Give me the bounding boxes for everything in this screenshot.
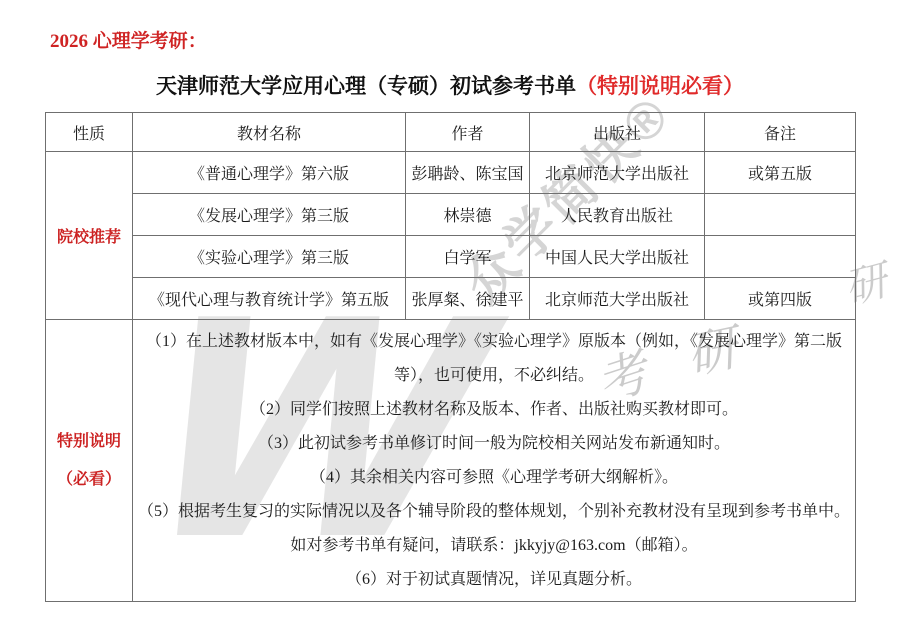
book-author: 张厚粲、徐建平: [406, 278, 530, 320]
book-publisher: 北京师范大学出版社: [530, 278, 705, 320]
note-item-1: （1）在上述教材版本中，如有《发展心理学》《实验心理学》原版本（例如，《发展心理…: [137, 325, 851, 393]
col-header-textbook: 教材名称: [133, 113, 406, 152]
table-row: 《现代心理与教育统计学》第五版 张厚粲、徐建平 北京师范大学出版社 或第四版: [46, 278, 856, 320]
book-remark: 或第四版: [705, 278, 856, 320]
book-name: 《普通心理学》第六版: [133, 152, 406, 194]
table-header-row: 性质 教材名称 作者 出版社 备注: [46, 113, 856, 152]
table-row: 院校推荐 《普通心理学》第六版 彭聃龄、陈宝国 北京师范大学出版社 或第五版: [46, 152, 856, 194]
document-page: W 众学简快® 考 研 研 2026 心理学考研： 天津师范大学应用心理（专硕）…: [0, 0, 900, 637]
book-publisher: 中国人民大学出版社: [530, 236, 705, 278]
book-author: 彭聃龄、陈宝国: [406, 152, 530, 194]
special-notes-label-line2: （必看）: [50, 461, 128, 499]
book-publisher: 人民教育出版社: [530, 194, 705, 236]
page-title-note: （特别说明必看）: [576, 75, 744, 98]
col-header-publisher: 出版社: [530, 113, 705, 152]
book-remark: [705, 236, 856, 278]
book-remark: [705, 194, 856, 236]
book-publisher: 北京师范大学出版社: [530, 152, 705, 194]
page-title-main: 天津师范大学应用心理（专硕）初试参考书单: [156, 75, 576, 98]
table-row: 《发展心理学》第三版 林崇德 人民教育出版社: [46, 194, 856, 236]
book-author: 白学军: [406, 236, 530, 278]
note-item-5: （5）根据考生复习的实际情况以及各个辅导阶段的整体规划，个别补充教材没有呈现到参…: [137, 495, 851, 563]
note-item-2: （2）同学们按照上述教材名称及版本、作者、出版社购买教材即可。: [137, 393, 851, 427]
group-label-recommended: 院校推荐: [46, 152, 133, 320]
book-remark: 或第五版: [705, 152, 856, 194]
booklist-table: 性质 教材名称 作者 出版社 备注 院校推荐 《普通心理学》第六版 彭聃龄、陈宝…: [45, 112, 856, 602]
book-name: 《现代心理与教育统计学》第五版: [133, 278, 406, 320]
book-name: 《实验心理学》第三版: [133, 236, 406, 278]
col-header-author: 作者: [406, 113, 530, 152]
note-item-3: （3）此初试参考书单修订时间一般为院校相关网站发布新通知时。: [137, 427, 851, 461]
col-header-nature: 性质: [46, 113, 133, 152]
special-notes-cell: （1）在上述教材版本中，如有《发展心理学》《实验心理学》原版本（例如，《发展心理…: [133, 320, 856, 602]
special-notes-row: 特别说明 （必看） （1）在上述教材版本中，如有《发展心理学》《实验心理学》原版…: [46, 320, 856, 602]
note-item-4: （4）其余相关内容可参照《心理学考研大纲解析》。: [137, 461, 851, 495]
book-name: 《发展心理学》第三版: [133, 194, 406, 236]
note-item-6: （6）对于初试真题情况，详见真题分析。: [137, 563, 851, 597]
document-topline: 2026 心理学考研：: [50, 26, 207, 53]
table-row: 《实验心理学》第三版 白学军 中国人民大学出版社: [46, 236, 856, 278]
special-notes-label-line1: 特别说明: [50, 423, 128, 461]
book-author: 林崇德: [406, 194, 530, 236]
page-title: 天津师范大学应用心理（专硕）初试参考书单（特别说明必看）: [0, 70, 900, 100]
col-header-remark: 备注: [705, 113, 856, 152]
group-label-special-notes: 特别说明 （必看）: [46, 320, 133, 602]
